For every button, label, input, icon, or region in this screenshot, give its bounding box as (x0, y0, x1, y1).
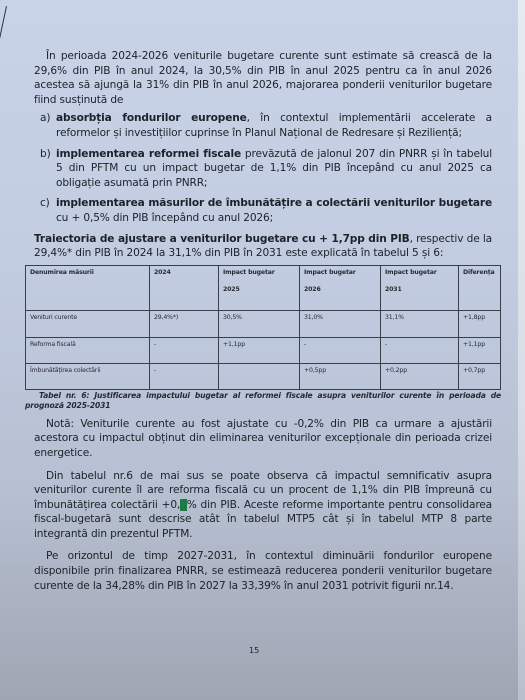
header-cell: 2024 (150, 265, 219, 310)
page-edge-shadow (0, 6, 7, 65)
table-cell: +0,5pp (300, 363, 381, 389)
table-cell: 31,0% (300, 310, 381, 337)
table-cell: +1,1pp (219, 337, 300, 363)
page-edge (518, 0, 525, 700)
list-item: b)implementarea reformei fiscale prevăzu… (34, 147, 492, 191)
list-item-bold: implementarea măsurilor de îmbunătățire … (56, 197, 492, 209)
outlook-paragraph: Pe orizontul de timp 2027-2031, în conte… (34, 549, 492, 593)
list-item: a)absorbția fondurilor europene, în cont… (34, 111, 492, 140)
table-cell: +0,2pp (381, 363, 459, 389)
list-marker: a) (40, 111, 50, 126)
header-cell: Impact bugetar2025 (219, 265, 300, 310)
table-cell (219, 363, 300, 389)
table-cell: 29,4%*) (150, 310, 219, 337)
table-cell: - (150, 363, 219, 389)
page-content: În perioada 2024-2026 veniturile bugetar… (34, 49, 492, 593)
table-cell: - (300, 337, 381, 363)
table-row: Reforma fiscală - +1,1pp - - +1,1pp (26, 337, 501, 363)
document-page: În perioada 2024-2026 veniturile bugetar… (0, 0, 518, 700)
table-cell: +0,7pp (459, 363, 501, 389)
table-header-row: Denumirea măsurii 2024 Impact bugetar202… (26, 265, 501, 310)
table-cell: - (150, 337, 219, 363)
table-cell: +1,8pp (459, 310, 501, 337)
table-cell: +1,1pp (459, 337, 501, 363)
table-6: Denumirea măsurii 2024 Impact bugetar202… (25, 265, 501, 390)
note-paragraph: Notă: Veniturile curente au fost ajustat… (34, 417, 492, 461)
trajectory-paragraph: Traiectoria de ajustare a veniturilor bu… (34, 232, 492, 261)
list-item-bold: absorbția fondurilor europene (56, 112, 247, 124)
header-cell: Diferența (459, 265, 501, 310)
table-cell: Reforma fiscală (26, 337, 150, 363)
intro-paragraph: În perioada 2024-2026 veniturile bugetar… (34, 49, 492, 107)
table-cell: Îmbunătățirea colectării (26, 363, 150, 389)
analysis-paragraph: Din tabelul nr.6 de mai sus se poate obs… (34, 469, 492, 542)
table-cell: Venituri curente (26, 310, 150, 337)
page-number: 15 (249, 646, 259, 655)
list-marker: c) (40, 196, 50, 211)
table-cell: 31,1% (381, 310, 459, 337)
table-caption: Tabel nr. 6: Justificarea impactului bug… (25, 391, 501, 411)
header-cell: Impact bugetar2026 (300, 265, 381, 310)
list-item: c)implementarea măsurilor de îmbunătățir… (34, 196, 492, 225)
table-row: Venituri curente 29,4%*) 30,5% 31,0% 31,… (26, 310, 501, 337)
list-item-text: cu + 0,5% din PIB începând cu anul 2026; (56, 212, 273, 224)
trajectory-bold: Traiectoria de ajustare a veniturilor bu… (34, 233, 410, 245)
table-cell: - (381, 337, 459, 363)
measures-list: a)absorbția fondurilor europene, în cont… (34, 111, 492, 225)
header-cell: Denumirea măsurii (26, 265, 150, 310)
list-item-bold: implementarea reformei fiscale (56, 148, 241, 160)
list-marker: b) (40, 147, 51, 162)
table-cell: 30,5% (219, 310, 300, 337)
text-cursor: 5 (180, 499, 187, 511)
table-row: Îmbunătățirea colectării - +0,5pp +0,2pp… (26, 363, 501, 389)
header-cell: Impact bugetar2031 (381, 265, 459, 310)
